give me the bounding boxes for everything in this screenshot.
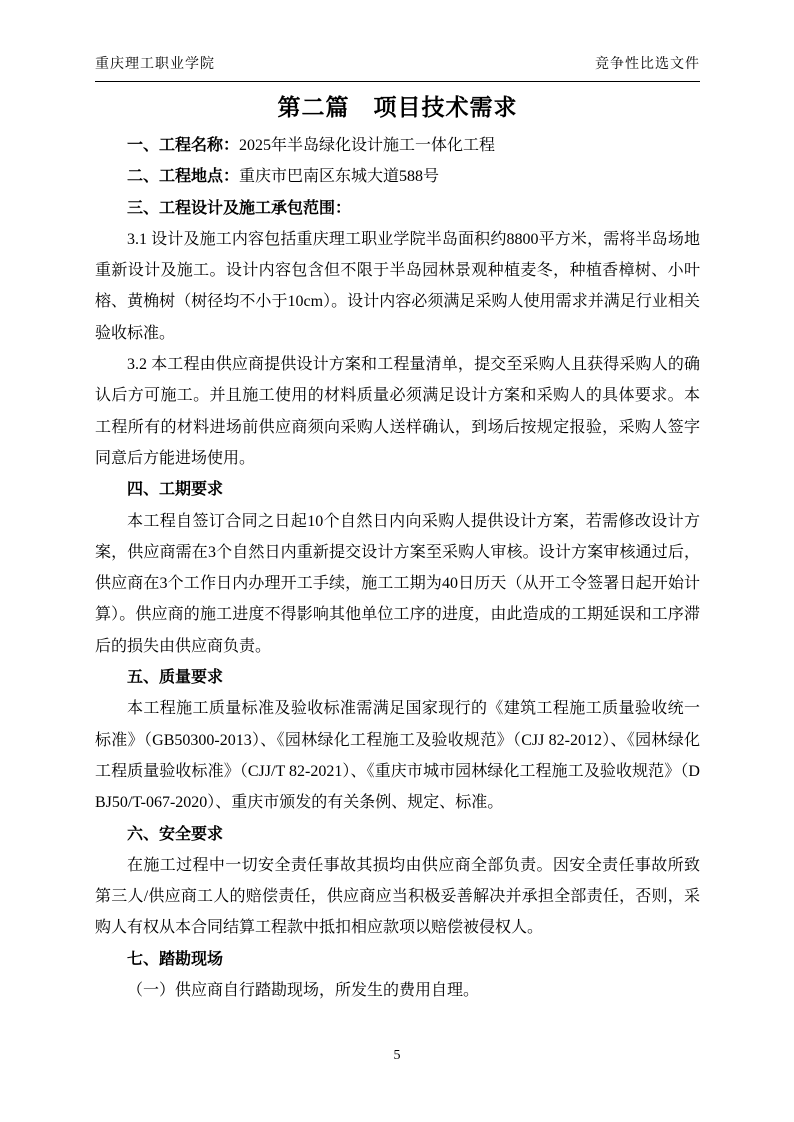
heading-quality-label: 五、质量要求 — [127, 669, 223, 686]
header-right-text: 竞争性比选文件 — [595, 56, 700, 74]
item-project-location: 二、工程地点：重庆市巴南区东城大道588号 — [95, 161, 700, 192]
item-project-location-label: 二、工程地点： — [127, 168, 239, 185]
heading-safety-label: 六、安全要求 — [127, 826, 223, 843]
item-project-location-value: 重庆市巴南区东城大道588号 — [239, 168, 439, 185]
heading-schedule-label: 四、工期要求 — [127, 481, 223, 498]
heading-schedule: 四、工期要求 — [95, 474, 700, 505]
heading-scope: 三、工程设计及施工承包范围： — [95, 193, 700, 224]
paragraph-quality: 本工程施工质量标准及验收标准需满足国家现行的《建筑工程施工质量验收统一标准》（G… — [95, 693, 700, 818]
item-project-name-value: 2025年半岛绿化设计施工一体化工程 — [239, 137, 495, 154]
header-left-text: 重庆理工职业学院 — [95, 56, 215, 74]
paragraph-safety: 在施工过程中一切安全责任事故其损均由供应商全部负责。因安全责任事故所致第三人/供… — [95, 850, 700, 944]
heading-site-survey-label: 七、踏勘现场 — [127, 951, 223, 968]
item-project-name-label: 一、工程名称： — [127, 137, 239, 154]
page-number: 5 — [0, 1048, 794, 1064]
item-project-name: 一、工程名称：2025年半岛绿化设计施工一体化工程 — [95, 130, 700, 161]
page-title: 第二篇 项目技术需求 — [95, 94, 700, 120]
document-body: 一、工程名称：2025年半岛绿化设计施工一体化工程 二、工程地点：重庆市巴南区东… — [95, 130, 700, 1006]
heading-quality: 五、质量要求 — [95, 662, 700, 693]
paragraph-schedule: 本工程自签订合同之日起10个自然日内向采购人提供设计方案，若需修改设计方案，供应… — [95, 506, 700, 662]
page-header: 重庆理工职业学院 竞争性比选文件 — [95, 56, 700, 82]
heading-safety: 六、安全要求 — [95, 819, 700, 850]
paragraph-site-survey: （一）供应商自行踏勘现场，所发生的费用自理。 — [95, 975, 700, 1006]
heading-site-survey: 七、踏勘现场 — [95, 944, 700, 975]
paragraph-3-2: 3.2 本工程由供应商提供设计方案和工程量清单，提交至采购人且获得采购人的确认后… — [95, 349, 700, 474]
paragraph-3-1: 3.1 设计及施工内容包括重庆理工职业学院半岛面积约8800平方米，需将半岛场地… — [95, 224, 700, 349]
document-page: 重庆理工职业学院 竞争性比选文件 第二篇 项目技术需求 一、工程名称：2025年… — [0, 0, 794, 1122]
heading-scope-label: 三、工程设计及施工承包范围： — [127, 200, 351, 217]
